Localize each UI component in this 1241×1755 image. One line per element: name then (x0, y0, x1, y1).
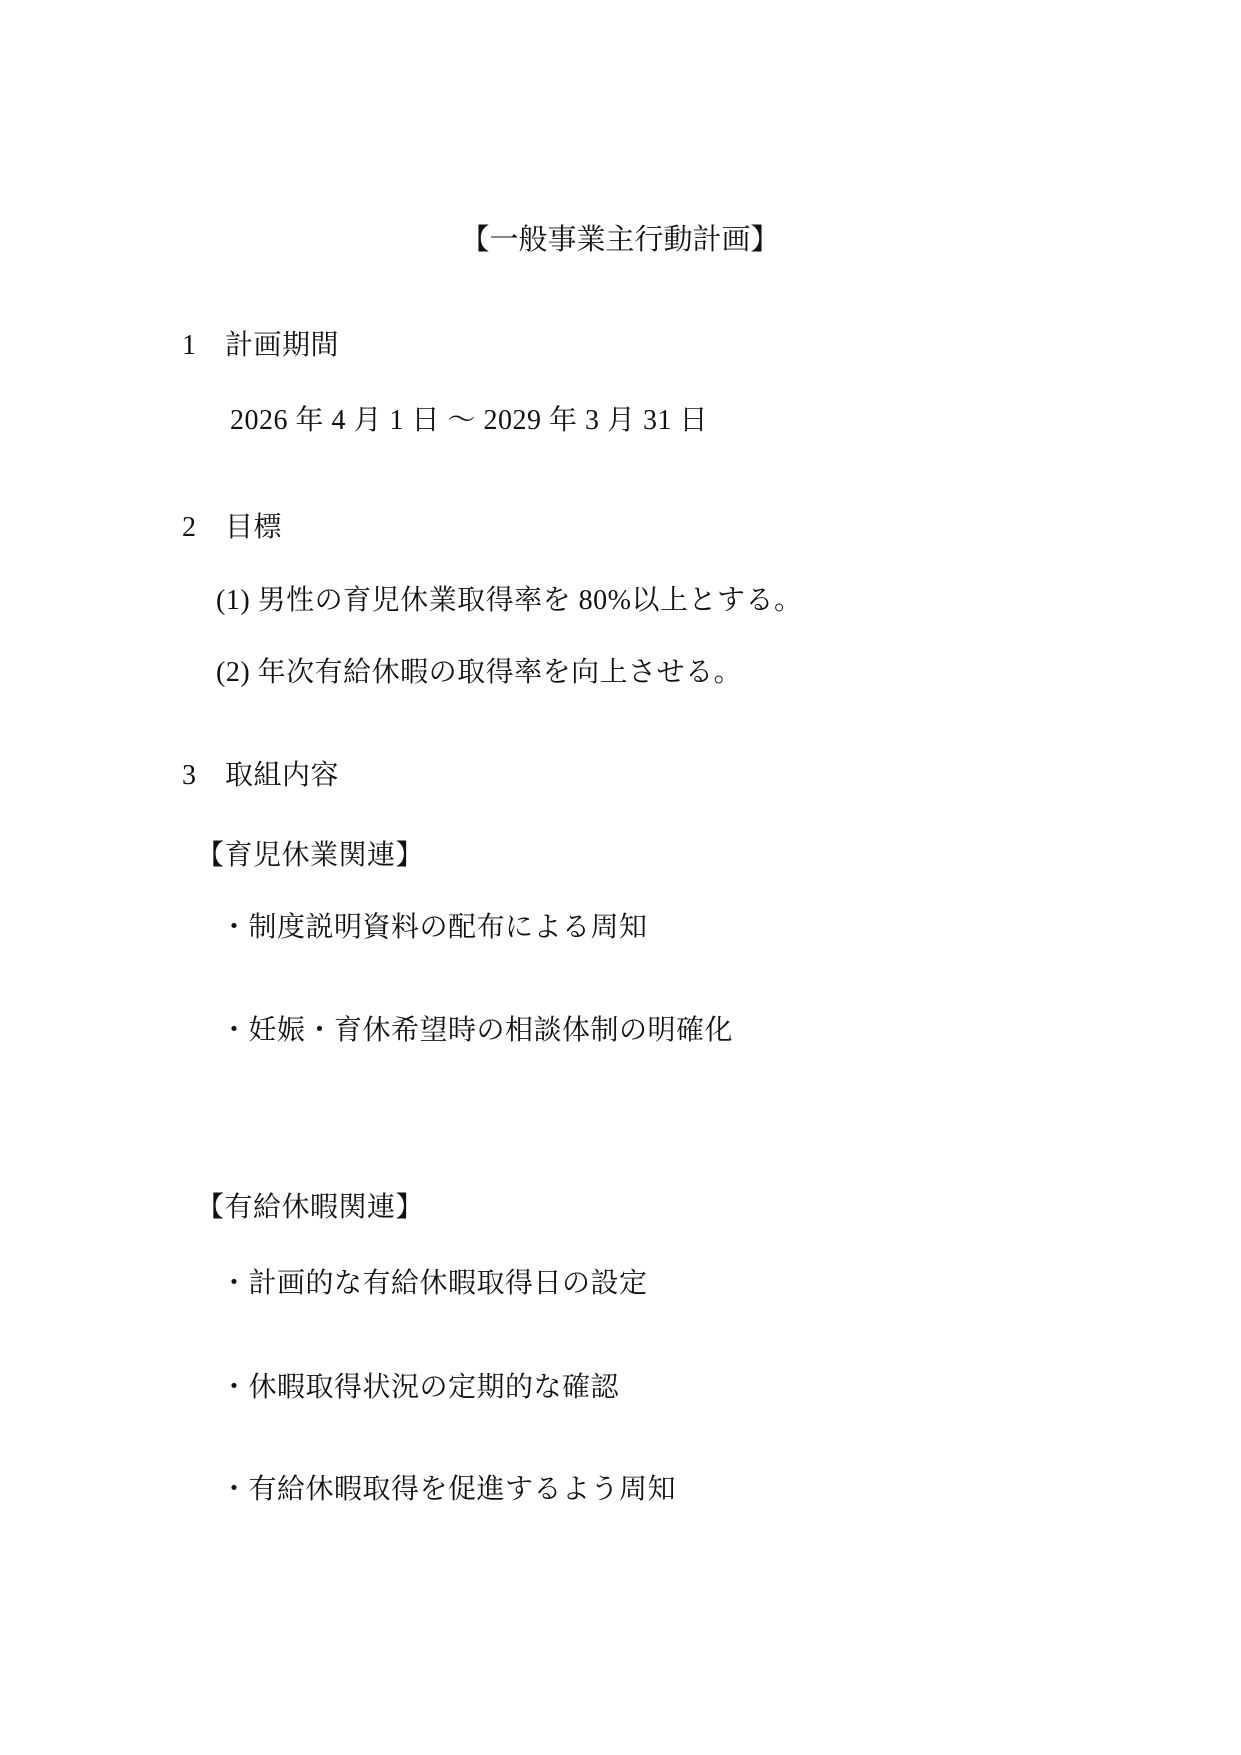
action-plan-document-page: 【一般事業主行動計画】 1 計画期間 2026 年 4 月 1 日 ～ 2029… (0, 0, 1241, 1755)
section-1-heading-plan-period: 1 計画期間 (182, 328, 339, 364)
childcare-bullet-1: ・制度説明資料の配布による周知 (220, 910, 648, 946)
plan-period-dates: 2026 年 4 月 1 日 ～ 2029 年 3 月 31 日 (230, 403, 708, 439)
paid-leave-label: 【有給休暇関連】 (196, 1190, 424, 1226)
paid-leave-bullet-2: ・休暇取得状況の定期的な確認 (220, 1370, 619, 1406)
document-title: 【一般事業主行動計画】 (180, 222, 1060, 258)
section-2-heading-goals: 2 目標 (182, 510, 282, 546)
childcare-bullet-2: ・妊娠・育休希望時の相談体制の明確化 (220, 1013, 733, 1049)
goal-item-1: (1) 男性の育児休業取得率を 80%以上とする。 (216, 583, 802, 619)
childcare-leave-label: 【育児休業関連】 (196, 838, 424, 874)
goal-item-2: (2) 年次有給休暇の取得率を向上させる。 (216, 655, 742, 691)
paid-leave-bullet-1: ・計画的な有給休暇取得日の設定 (220, 1266, 648, 1302)
paid-leave-bullet-3: ・有給休暇取得を促進するよう周知 (220, 1472, 676, 1508)
section-3-heading-initiatives: 3 取組内容 (182, 758, 339, 794)
